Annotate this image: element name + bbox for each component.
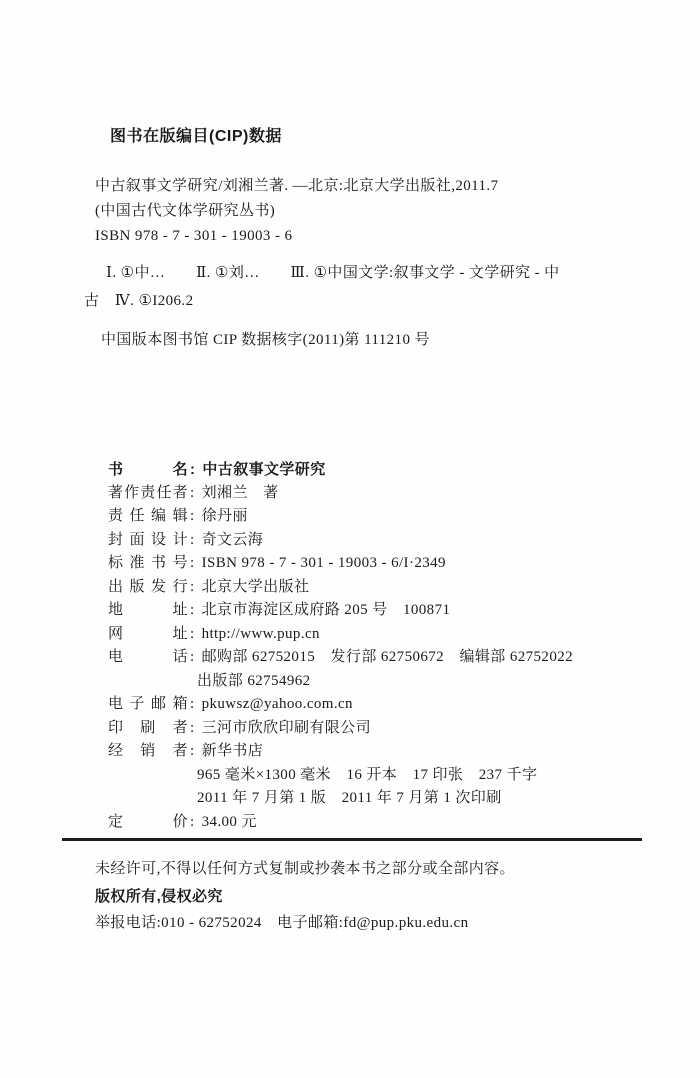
info-value: ISBN 978 - 7 - 301 - 19003 - 6/I·2349	[202, 555, 446, 571]
info-row-distributor: 经销者:新华书店	[108, 740, 573, 764]
info-value: 刘湘兰 著	[202, 485, 279, 501]
cip-series: (中国古代文体学研究丛书)	[95, 199, 498, 224]
divider-rule	[62, 838, 642, 841]
info-label: 网址	[108, 623, 188, 647]
info-value: 新华书店	[202, 743, 264, 759]
cip-classification-line2: 古 Ⅳ. ①I206.2	[84, 290, 193, 312]
copyright-footer: 未经许可,不得以任何方式复制或抄袭本书之部分或全部内容。 版权所有,侵权必究 举…	[95, 856, 515, 937]
info-row-isbn: 标准书号:ISBN 978 - 7 - 301 - 19003 - 6/I·23…	[108, 552, 573, 576]
info-colon: :	[190, 740, 195, 764]
info-colon: :	[190, 505, 195, 529]
info-value: http://www.pup.cn	[202, 626, 320, 642]
info-value: 奇文云海	[202, 532, 264, 548]
info-row-book-title: 书名:中古叙事文学研究	[108, 458, 573, 482]
report-contact: 举报电话:010 - 62752024 电子邮箱:fd@pup.pku.edu.…	[95, 910, 515, 937]
info-row-price: 定价:34.00 元	[108, 811, 573, 835]
info-value: 2011 年 7 月第 1 版 2011 年 7 月第 1 次印刷	[197, 790, 502, 806]
info-colon: :	[190, 458, 195, 482]
info-value: 965 毫米×1300 毫米 16 开本 17 印张 237 千字	[197, 767, 537, 783]
info-value: 出版部 62754962	[197, 673, 311, 689]
book-copyright-page: 图书在版编目(CIP)数据 中古叙事文学研究/刘湘兰著. —北京:北京大学出版社…	[0, 0, 700, 1078]
cip-record-number: 中国版本图书馆 CIP 数据核字(2011)第 111210 号	[101, 329, 430, 351]
cip-description: 中古叙事文学研究/刘湘兰著. —北京:北京大学出版社,2011.7	[95, 174, 498, 199]
info-row-email: 电子邮箱:pkuwsz@yahoo.com.cn	[108, 693, 573, 717]
info-label: 书名	[108, 458, 188, 482]
info-label: 电话	[108, 646, 188, 670]
info-row-printer: 印刷者:三河市欣欣印刷有限公司	[108, 717, 573, 741]
info-row-editor: 责任编辑:徐丹丽	[108, 505, 573, 529]
info-colon: :	[190, 811, 195, 835]
copyright-statement: 版权所有,侵权必究	[95, 883, 515, 910]
cip-heading: 图书在版编目(CIP)数据	[110, 127, 282, 147]
cip-isbn: ISBN 978 - 7 - 301 - 19003 - 6	[95, 224, 498, 249]
info-row-website: 网址:http://www.pup.cn	[108, 623, 573, 647]
info-label: 责任编辑	[108, 505, 188, 529]
info-colon: :	[190, 623, 195, 647]
info-row-author: 著作责任者:刘湘兰 著	[108, 482, 573, 506]
info-row-cover-design: 封面设计:奇文云海	[108, 529, 573, 553]
info-value: 三河市欣欣印刷有限公司	[202, 720, 371, 736]
copyright-notice: 未经许可,不得以任何方式复制或抄袭本书之部分或全部内容。	[95, 856, 515, 883]
info-colon: :	[190, 552, 195, 576]
info-row-phone-cont: 出版部 62754962	[108, 670, 573, 694]
info-value: 徐丹丽	[202, 508, 248, 524]
info-row-publisher: 出版发行:北京大学出版社	[108, 576, 573, 600]
cip-paragraph: 中古叙事文学研究/刘湘兰著. —北京:北京大学出版社,2011.7 (中国古代文…	[95, 174, 498, 249]
info-row-phone: 电话:邮购部 62752015 发行部 62750672 编辑部 6275202…	[108, 646, 573, 670]
info-label: 电子邮箱	[108, 693, 188, 717]
info-colon: :	[190, 482, 195, 506]
info-value: 34.00 元	[202, 814, 257, 830]
info-value: 北京市海淀区成府路 205 号 100871	[202, 602, 451, 618]
info-label: 印刷者	[108, 717, 188, 741]
info-colon: :	[190, 693, 195, 717]
info-value: 中古叙事文学研究	[202, 461, 325, 478]
info-value: pkuwsz@yahoo.com.cn	[202, 696, 353, 712]
info-row-address: 地址:北京市海淀区成府路 205 号 100871	[108, 599, 573, 623]
info-label: 标准书号	[108, 552, 188, 576]
info-colon: :	[190, 646, 195, 670]
info-value: 邮购部 62752015 发行部 62750672 编辑部 62752022	[202, 649, 573, 665]
info-label: 出版发行	[108, 576, 188, 600]
info-label: 地址	[108, 599, 188, 623]
info-colon: :	[190, 576, 195, 600]
info-label: 著作责任者	[108, 482, 188, 506]
info-row-format: 965 毫米×1300 毫米 16 开本 17 印张 237 千字	[108, 764, 573, 788]
info-colon: :	[190, 529, 195, 553]
info-label: 封面设计	[108, 529, 188, 553]
info-colon: :	[190, 717, 195, 741]
cip-classification-line1: Ⅰ. ①中… Ⅱ. ①刘… Ⅲ. ①中国文学:叙事文学 - 文学研究 - 中	[106, 262, 560, 284]
publication-info: 书名:中古叙事文学研究 著作责任者:刘湘兰 著 责任编辑:徐丹丽 封面设计:奇文…	[108, 458, 573, 834]
info-colon: :	[190, 599, 195, 623]
info-row-edition: 2011 年 7 月第 1 版 2011 年 7 月第 1 次印刷	[108, 787, 573, 811]
info-value: 北京大学出版社	[202, 579, 310, 595]
info-label: 经销者	[108, 740, 188, 764]
info-label: 定价	[108, 811, 188, 835]
